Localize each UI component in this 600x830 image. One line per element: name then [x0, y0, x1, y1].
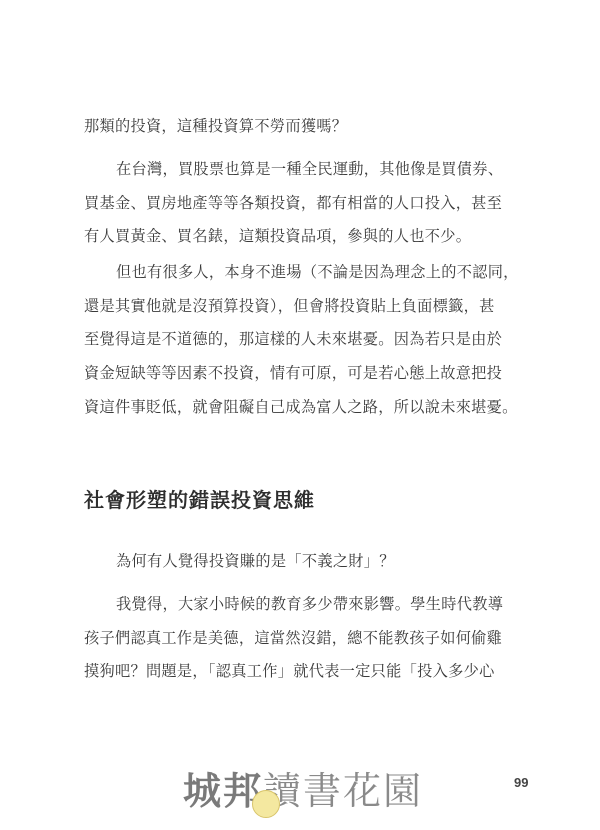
page-number: 99: [514, 775, 528, 790]
text-line: 資金短缺等等因素不投資，情有可原，可是若心態上故意把投: [84, 363, 524, 383]
text-line: 資這件事貶低，就會阻礙自己成為富人之路，所以說未來堪憂。: [84, 397, 524, 417]
text-line: 有人買黃金、買名錶，這類投資品項，參與的人也不少。: [84, 226, 524, 246]
text-line: 為何有人覺得投資賺的是「不義之財」？: [116, 551, 556, 571]
text-line: 在台灣，買股票也算是一種全民運動，其他像是買債券、: [116, 159, 556, 179]
text-line: 摸狗吧？問題是，「認真工作」就代表一定只能「投入多少心: [84, 661, 524, 681]
text-line: 我覺得，大家小時候的教育多少帶來影響。學生時代教導: [116, 594, 556, 614]
watermark-light: 讀書花園: [263, 769, 423, 813]
mascot-icon: [252, 790, 280, 818]
text-line: 那類的投資，這種投資算不勞而獲嗎？: [84, 116, 524, 136]
watermark-logo: 城邦讀書花園: [183, 760, 423, 815]
watermark-bold: 城邦: [183, 769, 263, 813]
text-line: 至覺得這是不道德的，那這樣的人未來堪憂。因為若只是由於: [84, 329, 524, 349]
text-line: 還是其實他就是沒預算投資），但會將投資貼上負面標籤，甚: [84, 296, 524, 316]
text-line: 孩子們認真工作是美德，這當然沒錯，總不能教孩子如何偷雞: [84, 628, 524, 648]
section-heading: 社會形塑的錯誤投資思維: [84, 484, 315, 513]
text-line: 但也有很多人，本身不進場（不論是因為理念上的不認同，: [116, 262, 556, 282]
text-line: 買基金、買房地產等等各類投資，都有相當的人口投入，甚至: [84, 193, 524, 213]
